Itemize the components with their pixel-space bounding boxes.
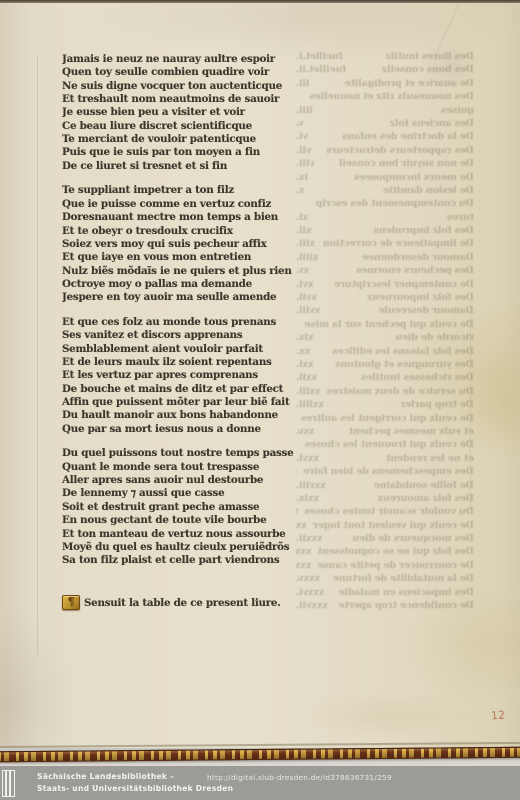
showthrough-title: Des rapporteurs detracteurs bbox=[326, 144, 474, 157]
parchment-stain bbox=[300, 690, 480, 740]
showthrough-title: Damour desordonnee bbox=[362, 251, 474, 264]
stanza: Te suppliant impetrer a ton filzQue ie p… bbox=[62, 184, 324, 304]
verse-line: Jamais ie neuz ne nauray aultre espoir bbox=[62, 53, 324, 66]
footer-bar: Sächsische Landesbibliothek – Staats- un… bbox=[0, 766, 520, 800]
verse-line: Aller apres sans auoir nul destourbe bbox=[62, 474, 324, 487]
library-attribution: Sächsische Landesbibliothek – Staats- un… bbox=[37, 771, 233, 794]
slub-logo-icon bbox=[2, 770, 15, 797]
verse-line: Soiez vers moy qui suis pecheur affix bbox=[62, 238, 324, 251]
showthrough-title: et eulx mesmes pechent bbox=[349, 425, 474, 438]
verse-line: Te merciant de vouloir patenticque bbox=[62, 133, 324, 146]
verse-line: De bouche et mains de ditz et par effect bbox=[62, 383, 324, 396]
showthrough-title: Des impaciens en maladie bbox=[339, 586, 475, 599]
showthrough-title: De lesion damitie bbox=[383, 184, 474, 197]
showthrough-title: De follie soubdaine bbox=[374, 479, 474, 492]
showthrough-title: Des richesses inutiles bbox=[361, 371, 474, 384]
verse-line: Et treshault nom neautmoins de sauoir bbox=[62, 93, 324, 106]
showthrough-title: De ceulx qui pechent sur la mise bbox=[305, 318, 474, 331]
verse-line: Quen toy seulle combien quadire voir bbox=[62, 66, 324, 79]
verse-line: Octroye moy o pallas ma demande bbox=[62, 278, 324, 291]
showthrough-title: De ceulx qui veulent tout iuger bbox=[313, 519, 474, 532]
showthrough-folio-ref: xxxvii. bbox=[296, 599, 328, 612]
stanza: Jamais ie neuz ne nauray aultre espoirQu… bbox=[62, 53, 324, 173]
photo-top-edge bbox=[0, 0, 520, 3]
showthrough-title: Damour desreeule bbox=[379, 304, 474, 317]
showthrough-title: Des folz qui ne se cognoissent bbox=[318, 545, 474, 558]
showthrough-title: De auarice et prodigalite bbox=[345, 77, 474, 90]
verse-line: Ne suis digne vocquer ton auctenticque bbox=[62, 80, 324, 93]
verse-line: Soit et destruit grant peche amasse bbox=[62, 501, 324, 514]
verse-line: Ce beau liure discret scientificque bbox=[62, 120, 324, 133]
showthrough-title: De limpatience de correction bbox=[323, 237, 474, 250]
showthrough-title: Des pecheurs enormes bbox=[356, 264, 474, 277]
verse-line: Du quel puissons tout nostre temps passe bbox=[62, 447, 324, 460]
parchment-crease bbox=[37, 55, 38, 655]
verse-line: Sa ton filz plaist et celle part viendro… bbox=[62, 554, 324, 567]
illuminated-paragraph-mark-icon: ¶ bbox=[62, 595, 80, 610]
showthrough-title: De trop parler bbox=[400, 398, 474, 411]
manuscript-scan-photo: Des liures inutilzfueillet.i.Des bons co… bbox=[0, 0, 520, 766]
showthrough-title: De confidence trop aperte bbox=[339, 599, 474, 612]
showthrough-title: et ne les rendent bbox=[386, 452, 474, 465]
verse-line: Jespere en toy auoir ma seulle amende bbox=[62, 291, 324, 304]
stanza: Et que ces folz au monde tous prenansSes… bbox=[62, 316, 324, 436]
table-caption-line: ¶ Sensuit la table de ce present liure. bbox=[62, 595, 281, 610]
showthrough-title: tures bbox=[447, 211, 474, 224]
showthrough-title: De la mutabilite de fortune bbox=[333, 572, 474, 585]
verse-line: Ses vanitez et discors apprenans bbox=[62, 329, 324, 342]
verse-line: De lennemy ⁊ aussi que casse bbox=[62, 487, 324, 500]
verse-line: Que ie puisse comme en vertuz confiz bbox=[62, 198, 324, 211]
verse-line: En nous gectant de toute vile bourbe bbox=[62, 514, 324, 527]
verse-line: Doresnauant mectre mon temps a bien bbox=[62, 211, 324, 224]
showthrough-title: Des folz amoureux bbox=[378, 492, 474, 505]
showthrough-title: De contempner lescripture bbox=[334, 278, 474, 291]
verse-line: Et que ces folz au monde tous prenans bbox=[62, 316, 324, 329]
showthrough-title: De meurs incomposees bbox=[354, 171, 474, 184]
verse-line: Du hault manoir aux bons habandonne bbox=[62, 409, 324, 422]
verse-line: Te suppliant impetrer a ton filz bbox=[62, 184, 324, 197]
verse-line: Et ton manteau de vertuz nous assourbe bbox=[62, 528, 324, 541]
showthrough-title: Des mocqueurs de dieu bbox=[353, 532, 475, 545]
showthrough-line: De confidence trop apertexxxvii. bbox=[296, 599, 474, 612]
verse-line: Et les vertuz par apres comprenans bbox=[62, 369, 324, 382]
stanza: Du quel puissons tout nostre temps passe… bbox=[62, 447, 324, 567]
showthrough-title: Des anciens folz bbox=[390, 117, 474, 130]
source-url: http://digital.slub-dresden.de/id3786367… bbox=[207, 773, 392, 782]
verse-line: Que par sa mort iesus nous a donne bbox=[62, 423, 324, 436]
showthrough-title: Des folz imprudens bbox=[374, 224, 474, 237]
showthrough-title: Des liures inutilz bbox=[386, 50, 475, 63]
showthrough-title: De courroucer de petite cause bbox=[318, 559, 474, 572]
verse-line: Et te obeyr o tresdoulx crucifix bbox=[62, 225, 324, 238]
showthrough-title: Du seruice de deux maistres bbox=[327, 385, 474, 398]
verse-line: Moyẽ du quel es haultz cieulx peruiẽdrõs bbox=[62, 541, 324, 554]
verse-line: Semblablement aient vouloir parfait bbox=[62, 343, 324, 356]
showthrough-title: Des yurongnes et gloutons bbox=[336, 358, 474, 371]
library-name-line2: Staats- und Universitätsbibliothek Dresd… bbox=[37, 783, 233, 795]
verse-line: Puis que ie suis par ton moyen a fin bbox=[62, 146, 324, 159]
showthrough-line: Des impaciens en maladiexxxvi. bbox=[296, 586, 474, 599]
showthrough-title: Du contempnement des escrip bbox=[316, 197, 474, 210]
verse-line: Et de leurs maulx ilz soient repentans bbox=[62, 356, 324, 369]
showthrough-title: Des folz faisans les edifices bbox=[332, 345, 474, 358]
showthrough-title: Des folz impourueuz bbox=[367, 291, 474, 304]
table-caption-text: Sensuit la table de ce present liure. bbox=[84, 597, 281, 609]
showthrough-title: De ceulx qui trouuent les choses bbox=[305, 438, 474, 451]
verse-line: Je eusse bien peu a visiter et voir bbox=[62, 106, 324, 119]
showthrough-title: Des empeschemens de bien faire bbox=[303, 465, 474, 478]
library-name-line1: Sächsische Landesbibliothek – bbox=[37, 771, 233, 783]
showthrough-title: Des nouueaulx ritz et nouuelles bbox=[310, 90, 474, 103]
verse-line: Quant le monde sera tout trespasse bbox=[62, 461, 324, 474]
showthrough-title: Du vouloir scauoir toutes choses bbox=[305, 505, 474, 518]
showthrough-title: guises bbox=[441, 104, 474, 117]
showthrough-title: ricorde de dieu bbox=[395, 331, 474, 344]
poem-text-block: Jamais ie neuz ne nauray aultre espoirQu… bbox=[62, 53, 324, 579]
showthrough-title: De non suyuir bon conseil bbox=[339, 157, 474, 170]
verse-line: Et que iaye en vous mon entretien bbox=[62, 251, 324, 264]
verse-line: Nulz biẽs mõdaĩs ie ne quiers et plus ri… bbox=[62, 265, 324, 278]
showthrough-folio-ref: xxxvi. bbox=[296, 586, 325, 599]
verse-line: De ce liuret si tresnet et si fin bbox=[62, 160, 324, 173]
verse-line: Affin que puissent mõter par leur biẽ fa… bbox=[62, 396, 324, 409]
folio-number-annotation: 12 bbox=[491, 709, 506, 723]
showthrough-title: De ceulx qui corrigent les aultres bbox=[301, 412, 474, 425]
showthrough-title: De la doctrine des enfans bbox=[342, 130, 474, 143]
showthrough-title: Des bons conseilz bbox=[382, 63, 474, 76]
